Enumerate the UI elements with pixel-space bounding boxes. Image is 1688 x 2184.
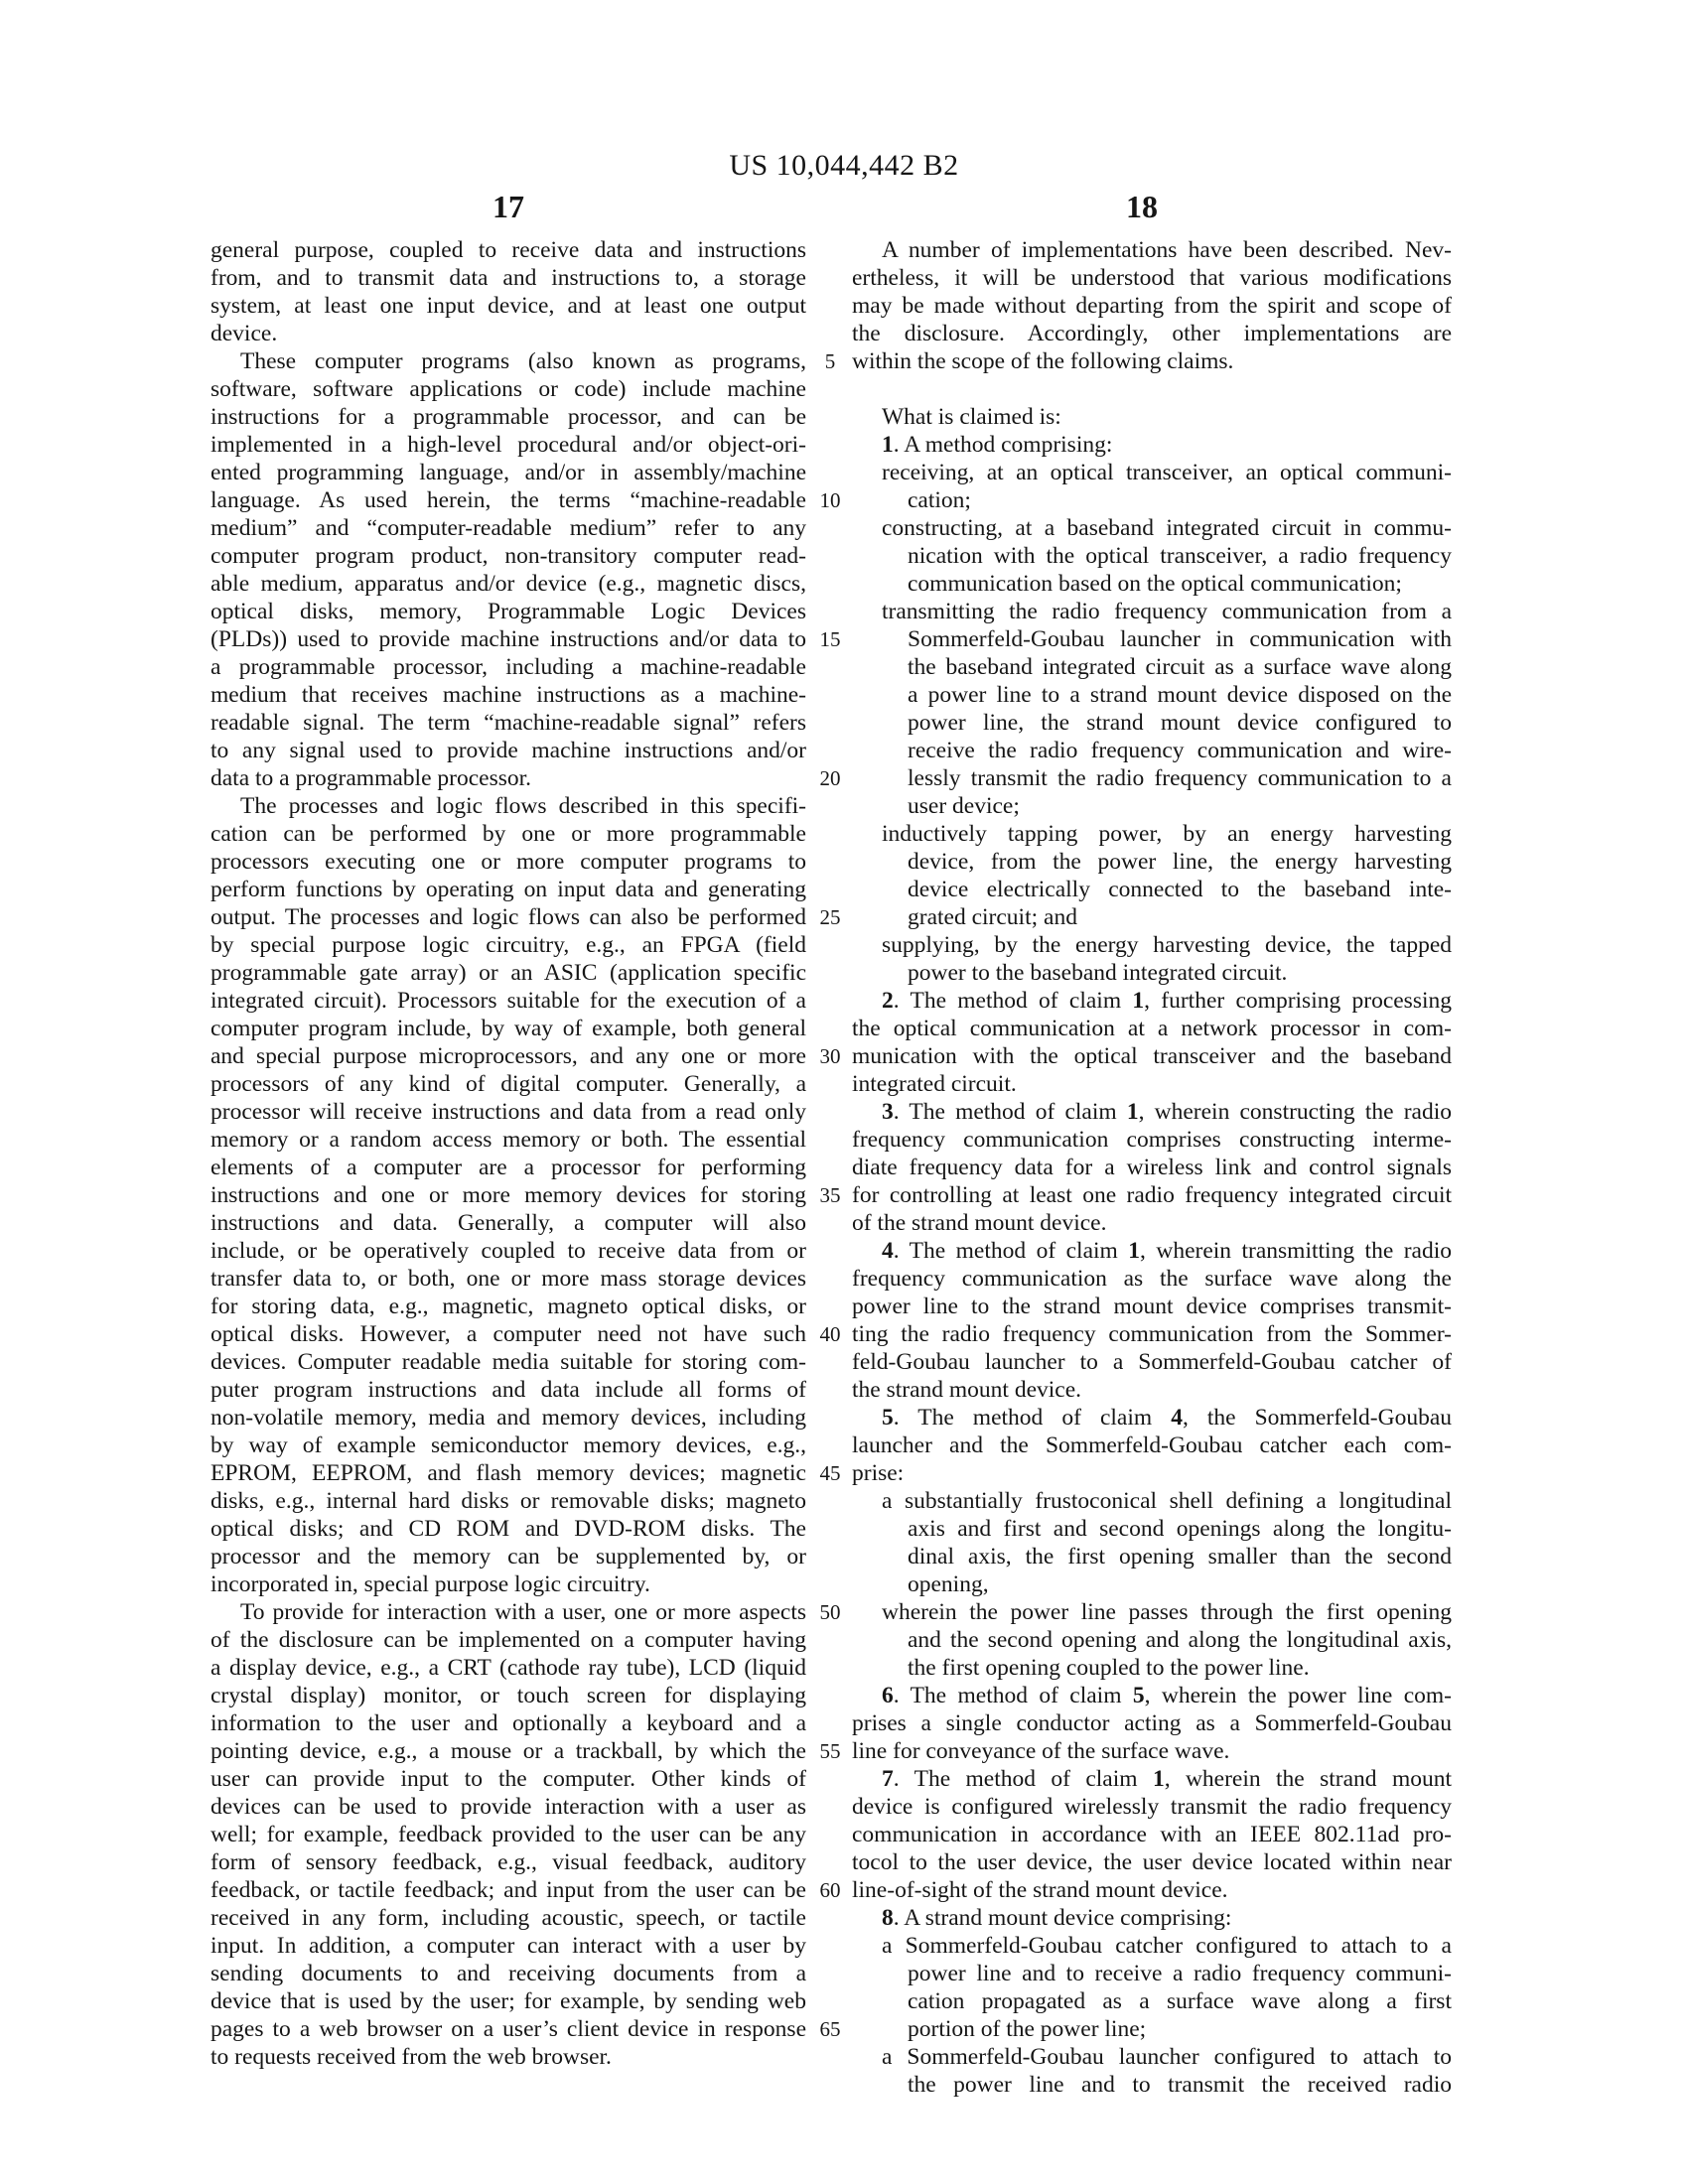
- text-line: a Sommerfeld-Goubau launcher configured …: [852, 2043, 1452, 2071]
- text-line: constructing, at a baseband integrated c…: [852, 514, 1452, 542]
- text-line: power line and to receive a radio freque…: [852, 1960, 1452, 1987]
- text-line: instructions and data. Generally, a comp…: [211, 1209, 806, 1237]
- text-line: from, and to transmit data and instructi…: [211, 264, 806, 292]
- text-line: a programmable processor, including a ma…: [211, 653, 806, 681]
- text-line: puter program instructions and data incl…: [211, 1376, 806, 1404]
- text-line: 2. The method of claim 1, further compri…: [852, 987, 1452, 1015]
- text-line: include, or be operatively coupled to re…: [211, 1237, 806, 1265]
- line-number: 55: [800, 1737, 860, 1765]
- text-line: prise:: [852, 1459, 1452, 1487]
- line-number: 60: [800, 1876, 860, 1904]
- text-line: processors of any kind of digital comput…: [211, 1070, 806, 1098]
- text-line: ting the radio frequency communication f…: [852, 1320, 1452, 1348]
- text-line: may be made without departing from the s…: [852, 292, 1452, 320]
- line-number: 5: [800, 347, 860, 375]
- text-line: cation;: [852, 486, 1452, 514]
- text-line: the power line and to transmit the recei…: [852, 2071, 1452, 2099]
- text-line: To provide for interaction with a user, …: [211, 1598, 806, 1626]
- text-line: communication based on the optical commu…: [852, 570, 1452, 598]
- text-line: and special purpose microprocessors, and…: [211, 1042, 806, 1070]
- text-line: (PLDs)) used to provide machine instruct…: [211, 625, 806, 653]
- page-column-number-left: 17: [429, 189, 588, 225]
- text-line: sending documents to and receiving docum…: [211, 1960, 806, 1987]
- text-line: [852, 375, 1452, 403]
- text-line: by special purpose logic circuitry, e.g.…: [211, 931, 806, 959]
- text-line: opening,: [852, 1570, 1452, 1598]
- text-line: The processes and logic flows described …: [211, 792, 806, 820]
- text-line: feedback, or tactile feedback; and input…: [211, 1876, 806, 1904]
- text-line: implemented in a high-level procedural a…: [211, 431, 806, 459]
- text-line: diate frequency data for a wireless link…: [852, 1154, 1452, 1181]
- text-line: by way of example semiconductor memory d…: [211, 1432, 806, 1459]
- text-line: computer program include, by way of exam…: [211, 1015, 806, 1042]
- text-line: programmable gate array) or an ASIC (app…: [211, 959, 806, 987]
- text-line: supplying, by the energy harvesting devi…: [852, 931, 1452, 959]
- patent-number: US 10,044,442 B2: [0, 149, 1688, 183]
- text-line: munication with the optical transceiver …: [852, 1042, 1452, 1070]
- line-number: 10: [800, 486, 860, 514]
- text-line: 7. The method of claim 1, wherein the st…: [852, 1765, 1452, 1793]
- text-line: elements of a computer are a processor f…: [211, 1154, 806, 1181]
- line-number: 40: [800, 1320, 860, 1348]
- text-line: EPROM, EEPROM, and flash memory devices;…: [211, 1459, 806, 1487]
- text-line: feld-Goubau launcher to a Sommerfeld-Gou…: [852, 1348, 1452, 1376]
- text-line: input. In addition, a computer can inter…: [211, 1932, 806, 1960]
- text-line: optical disks; and CD ROM and DVD-ROM di…: [211, 1515, 806, 1543]
- line-number: 15: [800, 625, 860, 653]
- text-line: 5. The method of claim 4, the Sommerfeld…: [852, 1404, 1452, 1432]
- text-line: launcher and the Sommerfeld-Goubau catch…: [852, 1432, 1452, 1459]
- text-line: user can provide input to the computer. …: [211, 1765, 806, 1793]
- text-line: processor will receive instructions and …: [211, 1098, 806, 1126]
- text-line: a power line to a strand mount device di…: [852, 681, 1452, 709]
- text-line: 8. A strand mount device comprising:: [852, 1904, 1452, 1932]
- line-number: 65: [800, 2015, 860, 2043]
- text-line: inductively tapping power, by an energy …: [852, 820, 1452, 848]
- text-line: ertheless, it will be understood that va…: [852, 264, 1452, 292]
- text-line: prises a single conductor acting as a So…: [852, 1709, 1452, 1737]
- text-line: device is configured wirelessly transmit…: [852, 1793, 1452, 1821]
- text-line: software, software applications or code)…: [211, 375, 806, 403]
- text-line: system, at least one input device, and a…: [211, 292, 806, 320]
- text-line: to any signal used to provide machine in…: [211, 737, 806, 764]
- text-line: transmitting the radio frequency communi…: [852, 598, 1452, 625]
- text-line: processor and the memory can be suppleme…: [211, 1543, 806, 1570]
- text-line: frequency communication as the surface w…: [852, 1265, 1452, 1293]
- text-line: the disclosure. Accordingly, other imple…: [852, 320, 1452, 347]
- text-line: frequency communication comprises constr…: [852, 1126, 1452, 1154]
- text-line: a display device, e.g., a CRT (cathode r…: [211, 1654, 806, 1682]
- text-line: lessly transmit the radio frequency comm…: [852, 764, 1452, 792]
- text-line: portion of the power line;: [852, 2015, 1452, 2043]
- text-line: for controlling at least one radio frequ…: [852, 1181, 1452, 1209]
- text-line: What is claimed is:: [852, 403, 1452, 431]
- text-line: pages to a web browser on a user’s clien…: [211, 2015, 806, 2043]
- text-line: medium that receives machine instruction…: [211, 681, 806, 709]
- text-line: devices. Computer readable media suitabl…: [211, 1348, 806, 1376]
- text-line: data to a programmable processor.: [211, 764, 806, 792]
- text-line: cation propagated as a surface wave alon…: [852, 1987, 1452, 2015]
- text-line: the baseband integrated circuit as a sur…: [852, 653, 1452, 681]
- text-line: receive the radio frequency communicatio…: [852, 737, 1452, 764]
- text-line: device that is used by the user; for exa…: [211, 1987, 806, 2015]
- text-line: and the second opening and along the lon…: [852, 1626, 1452, 1654]
- text-line: power line to the strand mount device co…: [852, 1293, 1452, 1320]
- text-line: processors executing one or more compute…: [211, 848, 806, 876]
- line-number: 45: [800, 1459, 860, 1487]
- line-number: 20: [800, 764, 860, 792]
- text-line: These computer programs (also known as p…: [211, 347, 806, 375]
- text-line: general purpose, coupled to receive data…: [211, 236, 806, 264]
- text-line: line for conveyance of the surface wave.: [852, 1737, 1452, 1765]
- column-17-text: general purpose, coupled to receive data…: [211, 236, 806, 2071]
- line-number: 50: [800, 1598, 860, 1626]
- text-line: power line, the strand mount device conf…: [852, 709, 1452, 737]
- text-line: to requests received from the web browse…: [211, 2043, 806, 2071]
- text-line: optical disks, memory, Programmable Logi…: [211, 598, 806, 625]
- text-line: user device;: [852, 792, 1452, 820]
- page-column-number-right: 18: [1062, 189, 1221, 225]
- text-line: 6. The method of claim 5, wherein the po…: [852, 1682, 1452, 1709]
- text-line: tocol to the user device, the user devic…: [852, 1848, 1452, 1876]
- text-line: device, from the power line, the energy …: [852, 848, 1452, 876]
- text-line: nication with the optical transceiver, a…: [852, 542, 1452, 570]
- text-line: Sommerfeld-Goubau launcher in communicat…: [852, 625, 1452, 653]
- text-line: grated circuit; and: [852, 903, 1452, 931]
- text-line: well; for example, feedback provided to …: [211, 1821, 806, 1848]
- text-line: language. As used herein, the terms “mac…: [211, 486, 806, 514]
- text-line: disks, e.g., internal hard disks or remo…: [211, 1487, 806, 1515]
- text-line: integrated circuit). Processors suitable…: [211, 987, 806, 1015]
- text-line: output. The processes and logic flows ca…: [211, 903, 806, 931]
- text-line: cation can be performed by one or more p…: [211, 820, 806, 848]
- text-line: 4. The method of claim 1, wherein transm…: [852, 1237, 1452, 1265]
- text-line: instructions and one or more memory devi…: [211, 1181, 806, 1209]
- text-line: transfer data to, or both, one or more m…: [211, 1265, 806, 1293]
- text-line: wherein the power line passes through th…: [852, 1598, 1452, 1626]
- text-line: receiving, at an optical transceiver, an…: [852, 459, 1452, 486]
- text-line: power to the baseband integrated circuit…: [852, 959, 1452, 987]
- text-line: dinal axis, the first opening smaller th…: [852, 1543, 1452, 1570]
- text-line: incorporated in, special purpose logic c…: [211, 1570, 806, 1598]
- text-line: the first opening coupled to the power l…: [852, 1654, 1452, 1682]
- text-line: computer program product, non-transitory…: [211, 542, 806, 570]
- text-line: line-of-sight of the strand mount device…: [852, 1876, 1452, 1904]
- text-line: information to the user and optionally a…: [211, 1709, 806, 1737]
- column-18-text: A number of implementations have been de…: [852, 236, 1452, 2099]
- text-line: 3. The method of claim 1, wherein constr…: [852, 1098, 1452, 1126]
- text-line: communication in accordance with an IEEE…: [852, 1821, 1452, 1848]
- text-line: within the scope of the following claims…: [852, 347, 1452, 375]
- text-line: optical disks. However, a computer need …: [211, 1320, 806, 1348]
- text-line: instructions for a programmable processo…: [211, 403, 806, 431]
- text-line: form of sensory feedback, e.g., visual f…: [211, 1848, 806, 1876]
- text-line: the strand mount device.: [852, 1376, 1452, 1404]
- text-line: integrated circuit.: [852, 1070, 1452, 1098]
- text-line: memory or a random access memory or both…: [211, 1126, 806, 1154]
- text-line: of the disclosure can be implemented on …: [211, 1626, 806, 1654]
- text-line: device.: [211, 320, 806, 347]
- line-number: 25: [800, 903, 860, 931]
- text-line: of the strand mount device.: [852, 1209, 1452, 1237]
- text-line: medium” and “computer-readable medium” r…: [211, 514, 806, 542]
- line-number: 35: [800, 1181, 860, 1209]
- text-line: readable signal. The term “machine-reada…: [211, 709, 806, 737]
- text-line: perform functions by operating on input …: [211, 876, 806, 903]
- text-line: 1. A method comprising:: [852, 431, 1452, 459]
- text-line: a substantially frustoconical shell defi…: [852, 1487, 1452, 1515]
- text-line: ented programming language, and/or in as…: [211, 459, 806, 486]
- text-line: crystal display) monitor, or touch scree…: [211, 1682, 806, 1709]
- text-line: received in any form, including acoustic…: [211, 1904, 806, 1932]
- text-line: able medium, apparatus and/or device (e.…: [211, 570, 806, 598]
- text-line: the optical communication at a network p…: [852, 1015, 1452, 1042]
- line-number: 30: [800, 1042, 860, 1070]
- text-line: A number of implementations have been de…: [852, 236, 1452, 264]
- text-line: non-volatile memory, media and memory de…: [211, 1404, 806, 1432]
- text-line: a Sommerfeld-Goubau catcher configured t…: [852, 1932, 1452, 1960]
- text-line: pointing device, e.g., a mouse or a trac…: [211, 1737, 806, 1765]
- text-line: axis and first and second openings along…: [852, 1515, 1452, 1543]
- text-line: devices can be used to provide interacti…: [211, 1793, 806, 1821]
- text-line: device electrically connected to the bas…: [852, 876, 1452, 903]
- text-line: for storing data, e.g., magnetic, magnet…: [211, 1293, 806, 1320]
